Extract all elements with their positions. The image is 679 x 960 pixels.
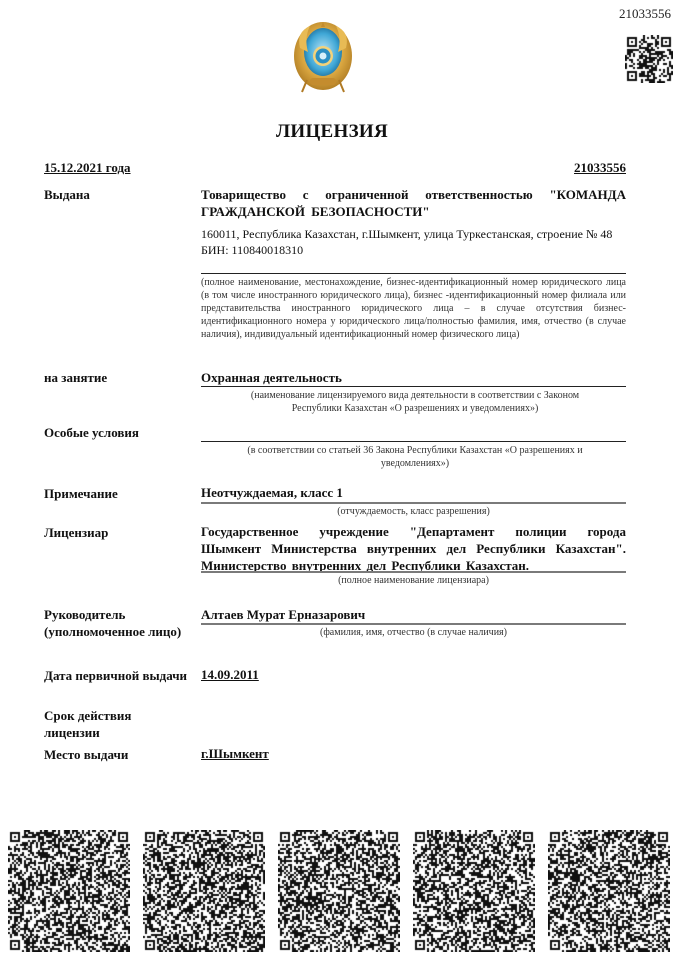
qr-code-icon: [143, 830, 265, 952]
licensor-hint: (полное наименование лицензиара): [201, 574, 626, 587]
divider: [201, 386, 626, 387]
place-of-issue-label: Место выдачи: [44, 746, 128, 763]
head-value: Алтаев Мурат Ерназарович: [201, 606, 626, 623]
head-label-line1: Руководитель: [44, 606, 181, 623]
head-label: Руководитель (уполномоченное лицо): [44, 606, 181, 640]
activity-value: Охранная деятельность: [201, 369, 626, 386]
state-emblem-icon: [292, 18, 354, 98]
licensee-name: Товарищество с ограниченной ответственно…: [201, 186, 626, 220]
qr-code-icon: [548, 830, 670, 952]
divider: [201, 441, 626, 442]
divider: [201, 571, 626, 573]
activity-label: на занятие: [44, 369, 107, 386]
validity-label-line1: Срок действия: [44, 707, 131, 724]
qr-code-icon: [278, 830, 400, 952]
head-hint: (фамилия, имя, отчество (в случае наличи…: [201, 626, 626, 639]
licensor-label: Лицензиар: [44, 524, 108, 541]
issue-date: 15.12.2021 года: [44, 160, 131, 176]
document-title: ЛИЦЕНЗИЯ: [0, 121, 664, 143]
issued-to-hint: (полное наименование, местонахождение, б…: [201, 276, 626, 341]
place-of-issue-value: г.Шымкент: [201, 746, 269, 762]
divider: [201, 273, 626, 274]
activity-hint: (наименование лицензируемого вида деятел…: [225, 389, 605, 415]
validity-label: Срок действия лицензии: [44, 707, 131, 741]
note-hint: (отчуждаемость, класс разрешения): [201, 505, 626, 518]
licensee-bin: БИН: 110840018310: [201, 243, 626, 257]
special-conditions-label: Особые условия: [44, 424, 139, 441]
license-number: 21033556: [574, 160, 626, 176]
document-number-top: 21033556: [619, 6, 671, 22]
first-issue-date-label: Дата первичной выдачи: [44, 667, 187, 684]
head-label-line2: (уполномоченное лицо): [44, 623, 181, 640]
qr-code-icon: [413, 830, 535, 952]
qr-code-strip: [8, 830, 672, 954]
licensee-address: 160011, Республика Казахстан, г.Шымкент,…: [201, 227, 626, 241]
issued-to-label: Выдана: [44, 186, 90, 203]
special-conditions-hint: (в соответствии со статьей 36 Закона Рес…: [220, 444, 610, 470]
divider: [201, 623, 626, 625]
qr-code-icon: [8, 830, 130, 952]
note-label: Примечание: [44, 485, 118, 502]
licensor-value: Государственное учреждение "Департамент …: [201, 523, 626, 574]
first-issue-date-value: 14.09.2011: [201, 667, 259, 683]
issued-to-block: Товарищество с ограниченной ответственно…: [201, 186, 626, 257]
divider: [201, 502, 626, 504]
note-value: Неотчуждаемая, класс 1: [201, 484, 626, 501]
validity-label-line2: лицензии: [44, 724, 131, 741]
qr-code-icon: [625, 35, 673, 83]
